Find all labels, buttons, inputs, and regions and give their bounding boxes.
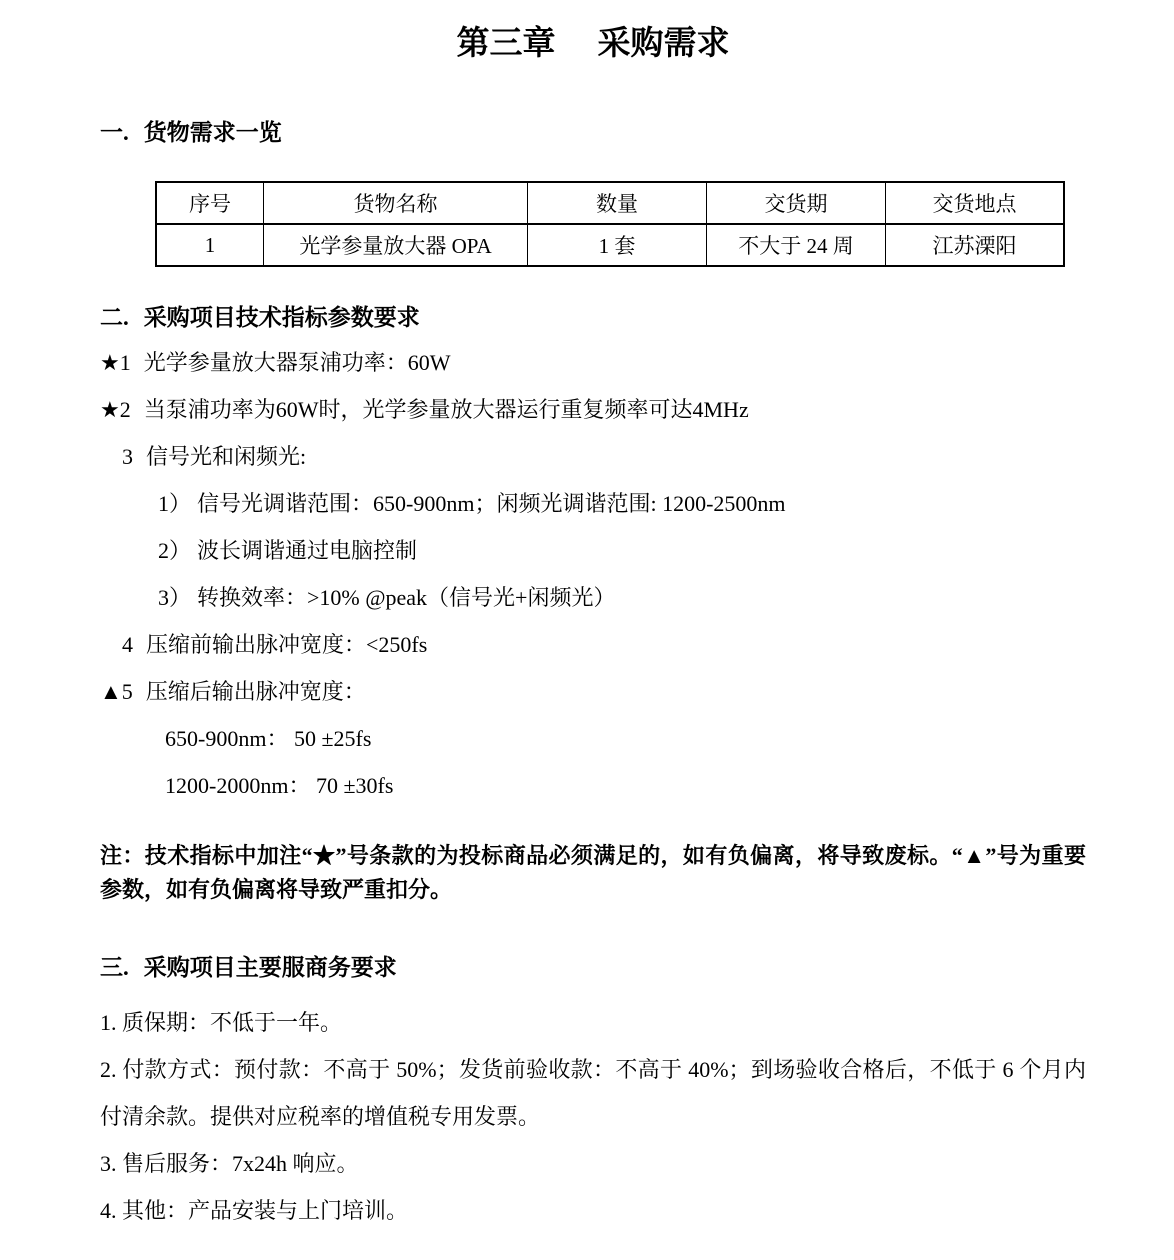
note-paragraph: 注：技术指标中加注“★”号条款的为投标商品必须满足的，如有负偏离，将导致废标。“… (100, 839, 1086, 907)
spec-item-3: 3信号光和闲频光: (100, 433, 1086, 480)
spec-item-triangle5: ▲5压缩后输出脉冲宽度： (100, 668, 1086, 715)
goods-table: 序号 货物名称 数量 交货期 交货地点 1 光学参量放大器 OPA 1 套 不大… (155, 181, 1065, 267)
spec-list: ★1光学参量放大器泵浦功率：60W ★2当泵浦功率为60W时，光学参量放大器运行… (100, 339, 1086, 809)
spec-text: 信号光和闲频光: (146, 444, 306, 469)
spec-marker-sub2: 2） (158, 527, 191, 574)
spec-text: 压缩前输出脉冲宽度：<250fs (146, 632, 427, 657)
spec-item-4: 4压缩前输出脉冲宽度：<250fs (100, 621, 1086, 668)
table-header-seq: 序号 (156, 182, 264, 224)
spec-text: 压缩后输出脉冲宽度： (146, 679, 366, 704)
table-cell-place: 江苏溧阳 (886, 224, 1065, 266)
service-item-support: 3. 售后服务：7x24h 响应。 (100, 1140, 1086, 1187)
spec-text: 650-900nm： 50 ±25fs (165, 726, 371, 751)
section3-title: 采购项目主要服商务要求 (144, 955, 397, 980)
page-title-chapter: 第三章 (457, 26, 556, 62)
section1-heading: 一.货物需求一览 (100, 118, 1086, 148)
spec-marker-triangle5: ▲5 (100, 668, 133, 715)
table-cell-due: 不大于 24 周 (707, 224, 886, 266)
table-header-qty: 数量 (528, 182, 707, 224)
table-cell-name: 光学参量放大器 OPA (264, 224, 528, 266)
spec-text: 转换效率：>10% @peak（信号光+闲频光） (197, 585, 615, 610)
spec-subitem-1: 1）信号光调谐范围：650-900nm；闲频光调谐范围: 1200-2500nm (100, 480, 1086, 527)
service-item-warranty: 1. 质保期：不低于一年。 (100, 999, 1086, 1046)
spec-subitem-3: 3）转换效率：>10% @peak（信号光+闲频光） (100, 574, 1086, 621)
section1-title: 货物需求一览 (144, 120, 282, 145)
spec-text: 当泵浦功率为60W时，光学参量放大器运行重复频率可达4MHz (144, 397, 749, 422)
spec-text: 光学参量放大器泵浦功率：60W (144, 350, 451, 375)
table-cell-seq: 1 (156, 224, 264, 266)
spec-text: 信号光调谐范围：650-900nm；闲频光调谐范围: 1200-2500nm (197, 491, 786, 516)
section2-number: 二. (100, 303, 129, 333)
spec-marker-4: 4 (122, 621, 133, 668)
section1-number: 一. (100, 118, 129, 148)
spec-marker-star1: ★1 (100, 339, 131, 386)
page-title-text: 采购需求 (598, 26, 730, 62)
service-item-payment: 2. 付款方式：预付款：不高于 50%；发货前验收款：不高于 40%；到场验收合… (100, 1046, 1086, 1140)
service-requirement-list: 1. 质保期：不低于一年。 2. 付款方式：预付款：不高于 50%；发货前验收款… (100, 999, 1086, 1234)
section2-heading: 二.采购项目技术指标参数要求 (100, 303, 1086, 333)
spec-item-star2: ★2当泵浦功率为60W时，光学参量放大器运行重复频率可达4MHz (100, 386, 1086, 433)
spec-item-star1: ★1光学参量放大器泵浦功率：60W (100, 339, 1086, 386)
document-page: 第三章采购需求 一.货物需求一览 序号 货物名称 数量 交货期 交货地点 1 光… (0, 0, 1174, 1260)
spec-text: 1200-2000nm： 70 ±30fs (165, 773, 393, 798)
spec-marker-3: 3 (122, 433, 133, 480)
table-header-due: 交货期 (707, 182, 886, 224)
spec-text: 波长调谐通过电脑控制 (197, 538, 417, 563)
table-cell-qty: 1 套 (528, 224, 707, 266)
section3-heading: 三.采购项目主要服商务要求 (100, 953, 1086, 983)
goods-table-header-row: 序号 货物名称 数量 交货期 交货地点 (156, 182, 1064, 224)
page-title: 第三章采购需求 (100, 22, 1086, 66)
spec-subitem-2: 2）波长调谐通过电脑控制 (100, 527, 1086, 574)
service-item-other: 4. 其他：产品安装与上门培训。 (100, 1187, 1086, 1234)
table-header-name: 货物名称 (264, 182, 528, 224)
spec-value-line-650: 650-900nm： 50 ±25fs (100, 715, 1086, 762)
spec-marker-sub3: 3） (158, 574, 191, 621)
section3-number: 三. (100, 953, 129, 983)
table-header-place: 交货地点 (886, 182, 1065, 224)
goods-table-row: 1 光学参量放大器 OPA 1 套 不大于 24 周 江苏溧阳 (156, 224, 1064, 266)
spec-marker-sub1: 1） (158, 480, 191, 527)
spec-value-line-1200: 1200-2000nm： 70 ±30fs (100, 762, 1086, 809)
section2-title: 采购项目技术指标参数要求 (144, 305, 420, 330)
spec-marker-star2: ★2 (100, 386, 131, 433)
